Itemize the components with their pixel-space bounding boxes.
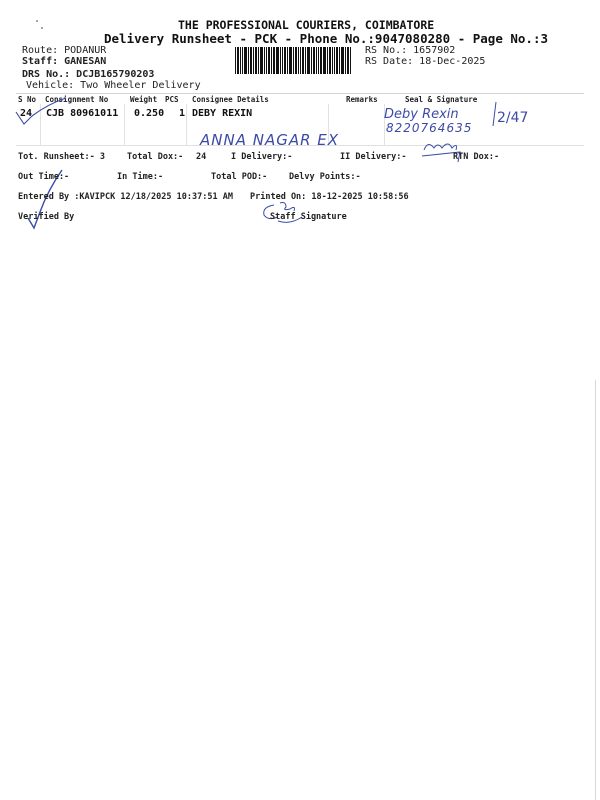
col-header-consignee: Consignee Details bbox=[192, 95, 269, 104]
entered-by: Entered By :KAVIPCK 12/18/2025 10:37:51 … bbox=[18, 192, 233, 202]
col-divider bbox=[186, 104, 187, 145]
scan-speck bbox=[41, 27, 43, 29]
check-mark-icon bbox=[14, 96, 74, 136]
ii-delivery: II Delivery:- bbox=[340, 152, 407, 162]
in-time: In Time:- bbox=[117, 172, 163, 182]
table-top-rule bbox=[16, 93, 584, 94]
col-header-signature: Seal & Signature bbox=[405, 95, 477, 104]
vehicle-label: Vehicle: Two Wheeler Delivery bbox=[26, 80, 201, 91]
rs-no-label: RS No.: 1657902 bbox=[365, 45, 455, 56]
staff-signature-label: Staff Signature bbox=[270, 212, 347, 222]
staff-label: Staff: GANESAN bbox=[22, 56, 106, 67]
cell-pcs: 1 bbox=[179, 108, 185, 119]
col-divider bbox=[124, 104, 125, 145]
drs-no-label: DRS No.: DCJB165790203 bbox=[22, 69, 154, 80]
total-dox-value: 24 bbox=[196, 152, 206, 162]
delvy-points: Delvy Points:- bbox=[289, 172, 361, 182]
total-pod: Total POD:- bbox=[211, 172, 267, 182]
company-title: THE PROFESSIONAL COURIERS, COIMBATORE bbox=[178, 18, 434, 32]
col-header-weight: Weight bbox=[130, 95, 157, 104]
handwritten-phone: 8220764635 bbox=[386, 121, 472, 135]
barcode-icon bbox=[235, 47, 362, 74]
cell-consignee: DEBY REXIN bbox=[192, 108, 252, 119]
scan-speck bbox=[36, 20, 38, 22]
handwritten-address: ANNA NAGAR EX bbox=[200, 131, 339, 149]
rtn-dox: RTN Dox:- bbox=[453, 152, 499, 162]
verified-by-label: Verified By bbox=[18, 212, 74, 222]
col-header-remarks: Remarks bbox=[346, 95, 378, 104]
handwritten-receiver-name: Deby Rexin bbox=[384, 107, 459, 122]
scan-edge-line bbox=[595, 380, 596, 800]
time-slash-mark bbox=[490, 100, 500, 130]
cell-weight: 0.250 bbox=[134, 108, 164, 119]
runsheet-subtitle: Delivery Runsheet - PCK - Phone No.:9047… bbox=[104, 31, 548, 46]
tot-runsheet: Tot. Runsheet:- 3 bbox=[18, 152, 105, 162]
i-delivery: I Delivery:- bbox=[231, 152, 292, 162]
total-dox-label: Total Dox:- bbox=[127, 152, 183, 162]
col-header-pcs: PCS bbox=[165, 95, 179, 104]
handwritten-time: 2/47 bbox=[497, 110, 528, 126]
out-time: Out Time:- bbox=[18, 172, 69, 182]
printed-on: Printed On: 18-12-2025 10:58:56 bbox=[250, 192, 409, 202]
rs-date-label: RS Date: 18-Dec-2025 bbox=[365, 56, 485, 67]
route-label: Route: PODANUR bbox=[22, 45, 106, 56]
